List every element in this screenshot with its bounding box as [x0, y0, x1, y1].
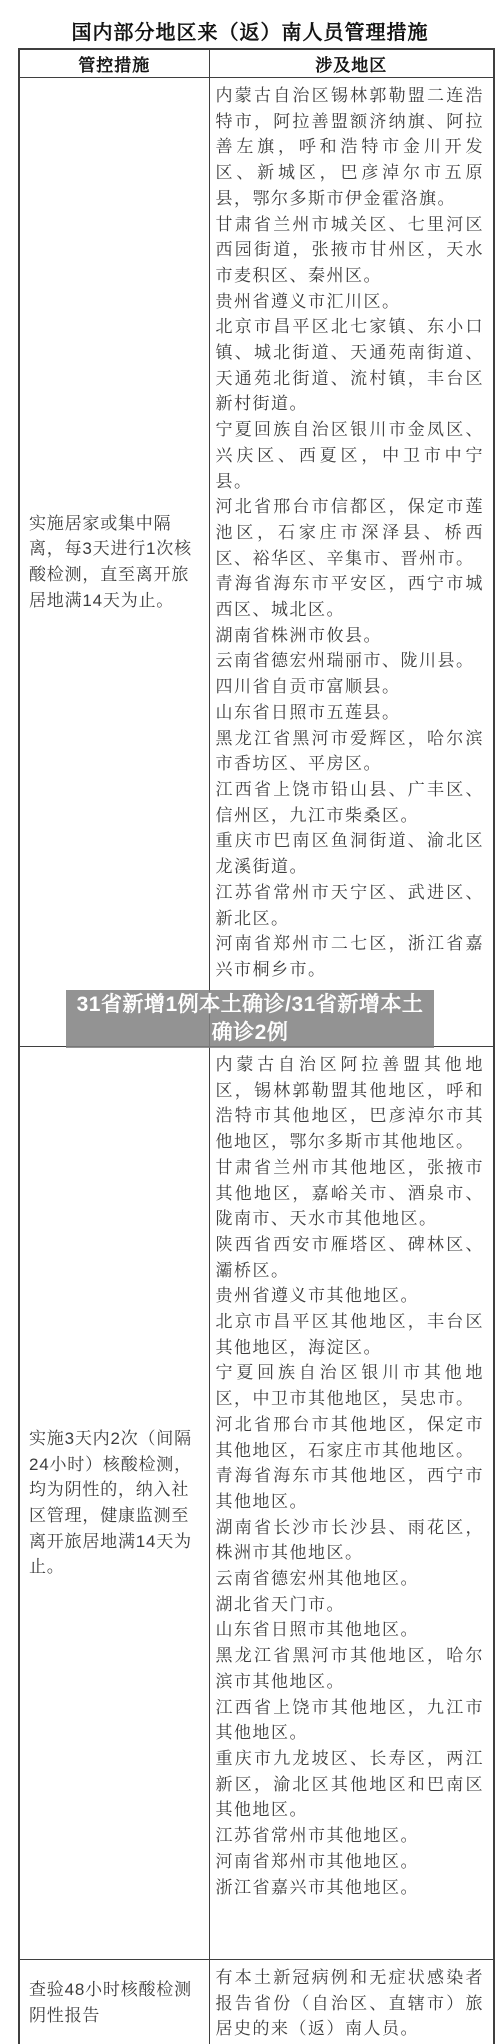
regions-cell: 有本土新冠病例和无症状感染者报告省份（自治区、直辖市）旅居史的来（返）南人员。: [209, 1960, 494, 2044]
measure-cell-negative-report: 查验48小时核酸检测阴性报告: [19, 1960, 209, 2044]
region-paragraph: 云南省德宏州其他地区。: [216, 1566, 485, 1592]
region-paragraph: 重庆市九龙坡区、长寿区，两江新区，渝北区其他地区和巴南区其他地区。: [216, 1746, 485, 1823]
region-paragraph: 河南省郑州市其他地区。: [216, 1849, 485, 1875]
region-paragraph: 贵州省遵义市其他地区。: [216, 1283, 485, 1309]
region-paragraph: 湖南省长沙市长沙县、雨花区，株洲市其他地区。: [216, 1515, 485, 1566]
region-paragraph: 山东省日照市其他地区。: [216, 1617, 485, 1643]
column-header-involved-regions: 涉及地区: [209, 49, 494, 78]
region-paragraph: 山东省日照市五莲县。: [216, 700, 485, 726]
regions-list: 有本土新冠病例和无症状感染者报告省份（自治区、直辖市）旅居史的来（返）南人员。: [216, 1965, 485, 2042]
measure-cell-quarantine: 实施居家或集中隔离，每3天进行1次核酸检测，直至离开旅居地满14天为止。: [19, 78, 209, 1047]
table-row: 查验48小时核酸检测阴性报告 有本土新冠病例和无症状感染者报告省份（自治区、直辖…: [19, 1960, 494, 2044]
region-paragraph: 江西省上饶市其他地区，九江市其他地区。: [216, 1695, 485, 1746]
region-paragraph: 黑龙江省黑河市爱辉区，哈尔滨市香坊区、平房区。: [216, 726, 485, 777]
regions-cell: 内蒙古自治区锡林郭勒盟二连浩特市，阿拉善盟额济纳旗、阿拉善左旗，呼和浩特市金川开…: [209, 78, 494, 1047]
region-paragraph: 湖北省天门市。: [216, 1592, 485, 1618]
regions-cell: 内蒙古自治区阿拉善盟其他地区，锡林郭勒盟其他地区，呼和浩特市其他地区，巴彦淖尔市…: [209, 1047, 494, 1960]
region-paragraph: 河北省邢台市其他地区，保定市其他地区，石家庄市其他地区。: [216, 1412, 485, 1463]
region-paragraph: 有本土新冠病例和无症状感染者报告省份（自治区、直辖市）旅居史的来（返）南人员。: [216, 1965, 485, 2042]
region-paragraph: 重庆市巴南区鱼洞街道、渝北区龙溪街道。: [216, 828, 485, 879]
table-header-row: 管控措施 涉及地区: [19, 49, 494, 78]
table-row: 实施居家或集中隔离，每3天进行1次核酸检测，直至离开旅居地满14天为止。 内蒙古…: [19, 78, 494, 1047]
region-paragraph: 云南省德宏州瑞丽市、陇川县。: [216, 648, 485, 674]
region-paragraph: 青海省海东市平安区，西宁市城西区、城北区。: [216, 571, 485, 622]
region-paragraph: 北京市昌平区其他地区，丰台区其他地区，海淀区。: [216, 1309, 485, 1360]
region-paragraph: 江西省上饶市铅山县、广丰区、信州区，九江市柴桑区。: [216, 777, 485, 828]
region-paragraph: 河南省郑州市二七区，浙江省嘉兴市桐乡市。: [216, 931, 485, 982]
measure-cell-nucleic-tests: 实施3天内2次（间隔24小时）核酸检测，均为阴性的，纳入社区管理，健康监测至离开…: [19, 1047, 209, 1960]
page-title: 国内部分地区来（返）南人员管理措施: [0, 16, 500, 45]
region-paragraph: 甘肃省兰州市城关区、七里河区西园街道，张掖市甘州区，天水市麦积区、秦州区。: [216, 212, 485, 289]
column-header-control-measures: 管控措施: [19, 49, 209, 78]
region-paragraph: 青海省海东市其他地区，西宁市其他地区。: [216, 1463, 485, 1514]
region-paragraph: 内蒙古自治区锡林郭勒盟二连浩特市，阿拉善盟额济纳旗、阿拉善左旗，呼和浩特市金川开…: [216, 83, 485, 212]
measure-text: 实施3天内2次（间隔24小时）核酸检测，均为阴性的，纳入社区管理，健康监测至离开…: [29, 1426, 201, 1580]
region-paragraph: 河北省邢台市信都区，保定市莲池区，石家庄市深泽县、桥西区、裕华区、辛集市、晋州市…: [216, 494, 485, 571]
measure-text: 查验48小时核酸检测阴性报告: [29, 1977, 201, 2028]
region-paragraph: 江苏省常州市其他地区。: [216, 1823, 485, 1849]
region-paragraph: 贵州省遵义市汇川区。: [216, 289, 485, 315]
region-paragraph: 宁夏回族自治区银川市其他地区，中卫市其他地区，吴忠市。: [216, 1360, 485, 1411]
region-paragraph: 江苏省常州市天宁区、武进区、新北区。: [216, 880, 485, 931]
region-paragraph: 黑龙江省黑河市其他地区，哈尔滨市其他地区。: [216, 1643, 485, 1694]
region-paragraph: 北京市昌平区北七家镇、东小口镇、城北街道、天通苑南街道、天通苑北街道、流村镇，丰…: [216, 314, 485, 417]
article-page: 国内部分地区来（返）南人员管理措施 管控措施 涉及地区 实施居家或集中隔离，每3…: [0, 0, 500, 2044]
region-paragraph: 浙江省嘉兴市其他地区。: [216, 1875, 485, 1901]
region-paragraph: 宁夏回族自治区银川市金凤区、兴庆区、西夏区，中卫市中宁县。: [216, 417, 485, 494]
region-paragraph: 陕西省西安市雁塔区、碑林区、灞桥区。: [216, 1232, 485, 1283]
table-row: 实施3天内2次（间隔24小时）核酸检测，均为阴性的，纳入社区管理，健康监测至离开…: [19, 1047, 494, 1960]
region-paragraph: 甘肃省兰州市其他地区，张掖市其他地区，嘉峪关市、酒泉市、陇南市、天水市其他地区。: [216, 1155, 485, 1232]
regions-list: 内蒙古自治区锡林郭勒盟二连浩特市，阿拉善盟额济纳旗、阿拉善左旗，呼和浩特市金川开…: [216, 83, 485, 983]
regions-list: 内蒙古自治区阿拉善盟其他地区，锡林郭勒盟其他地区，呼和浩特市其他地区，巴彦淖尔市…: [216, 1052, 485, 1900]
news-headline-text: 31省新增1例本土确诊/31省新增本土确诊2例: [74, 991, 426, 1047]
region-paragraph: 四川省自贡市富顺县。: [216, 674, 485, 700]
region-paragraph: 湖南省株洲市攸县。: [216, 623, 485, 649]
region-paragraph: 内蒙古自治区阿拉善盟其他地区，锡林郭勒盟其他地区，呼和浩特市其他地区，巴彦淖尔市…: [216, 1052, 485, 1155]
news-headline-overlay-badge: 31省新增1例本土确诊/31省新增本土确诊2例: [66, 990, 434, 1048]
measure-text: 实施居家或集中隔离，每3天进行1次核酸检测，直至离开旅居地满14天为止。: [29, 511, 201, 613]
